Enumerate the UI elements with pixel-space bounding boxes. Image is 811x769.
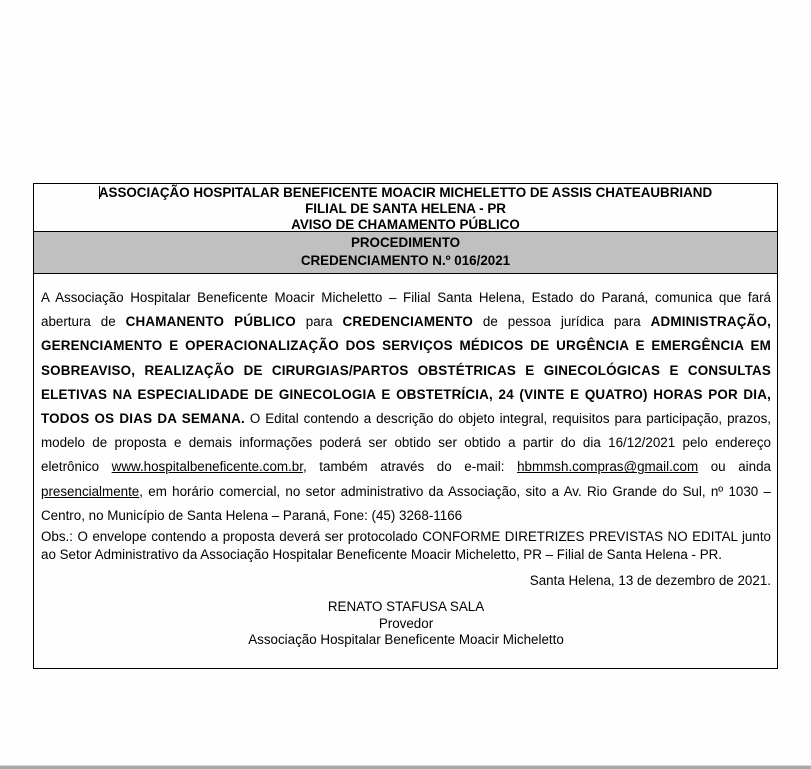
text-run: para (296, 314, 343, 329)
signatory-name: RENATO STAFUSA SALA (41, 599, 771, 616)
bold-run: ADMINISTRAÇÃO, GERENCIAMENTO E OPERACION… (41, 314, 771, 426)
main-paragraph: A Associação Hospitalar Beneficente Moac… (41, 286, 771, 528)
signature-block: RENATO STAFUSA SALA Provedor Associação … (41, 599, 771, 649)
observation-paragraph: Obs.: O envelope contendo a proposta dev… (41, 528, 771, 563)
signatory-role: Provedor (41, 616, 771, 633)
header-line-3: AVISO DE CHAMAMENTO PÚBLICO (34, 217, 777, 233)
notice-box: ASSOCIAÇÃO HOSPITALAR BENEFICENTE MOACIR… (33, 183, 778, 669)
email-link[interactable]: hbmmsh.compras@gmail.com (517, 459, 698, 474)
text-run: de pessoa jurídica para (473, 314, 651, 329)
notice-body: A Associação Hospitalar Beneficente Moac… (34, 274, 777, 649)
organization-name: ASSOCIAÇÃO HOSPITALAR BENEFICENTE MOACIR… (99, 185, 712, 200)
procedure-label: PROCEDIMENTO (34, 234, 777, 252)
bold-run: CREDENCIAMENTO (343, 314, 474, 329)
header-line-2: FILIAL DE SANTA HELENA - PR (34, 201, 777, 217)
text-run: , também através do e-mail: (303, 459, 517, 474)
notice-header: ASSOCIAÇÃO HOSPITALAR BENEFICENTE MOACIR… (34, 184, 777, 232)
bold-run: CHAMANENTO PÚBLICO (126, 314, 296, 329)
page-bottom-border (0, 765, 811, 769)
date-line: Santa Helena, 13 de dezembro de 2021. (41, 572, 771, 589)
in-person-text: presencialmente (41, 484, 139, 499)
text-run: ou ainda (698, 459, 771, 474)
header-line-1: ASSOCIAÇÃO HOSPITALAR BENEFICENTE MOACIR… (34, 185, 777, 201)
signatory-organization: Associação Hospitalar Beneficente Moacir… (41, 632, 771, 649)
text-run: , em horário comercial, no setor adminis… (41, 484, 771, 523)
procedure-band: PROCEDIMENTO CREDENCIAMENTO N.º 016/2021 (34, 232, 777, 274)
website-link[interactable]: www.hospitalbeneficente.com.br (112, 459, 303, 474)
procedure-number: CREDENCIAMENTO N.º 016/2021 (34, 252, 777, 270)
